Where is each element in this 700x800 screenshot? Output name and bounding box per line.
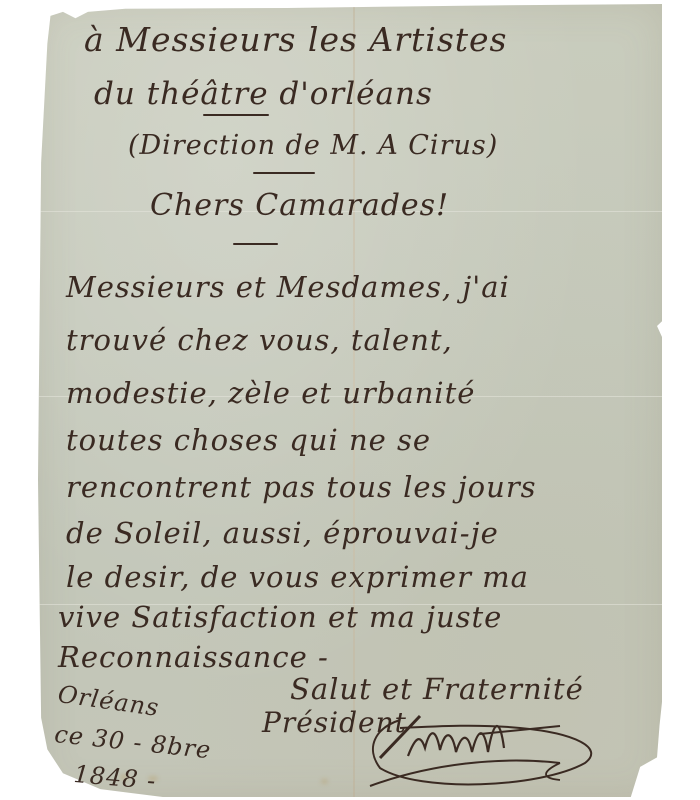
body-line-9: Reconnaissance - <box>58 640 329 674</box>
closing: Salut et Fraternité <box>290 672 584 706</box>
address-line-2: du théâtre d'orléans <box>94 76 433 112</box>
year: 1848 - <box>73 760 158 795</box>
signature-flourish <box>360 708 610 788</box>
body-line-5: rencontrent pas tous les jours <box>66 470 537 504</box>
salutation: Chers Camarades! <box>150 188 449 223</box>
address-underline <box>253 172 315 174</box>
address-underline <box>203 114 269 116</box>
document-scan: à Messieurs les Artistes du théâtre d'or… <box>0 0 700 800</box>
address-line-3: (Direction de M. A Cirus) <box>128 130 498 161</box>
body-line-7: le desir, de vous exprimer ma <box>66 560 529 594</box>
body-line-1: Messieurs et Mesdames, j'ai <box>66 270 510 304</box>
address-line-1: à Messieurs les Artistes <box>84 20 507 59</box>
body-line-2: trouvé chez vous, talent, <box>66 323 453 357</box>
salutation-underline <box>233 243 278 245</box>
body-line-4: toutes choses qui ne se <box>66 423 431 457</box>
paper-stain <box>321 779 328 784</box>
body-line-8: vive Satisfaction et ma juste <box>58 600 502 634</box>
body-line-3: modestie, zèle et urbanité <box>66 376 475 410</box>
body-line-6: de Soleil, aussi, éprouvai-je <box>66 516 499 550</box>
